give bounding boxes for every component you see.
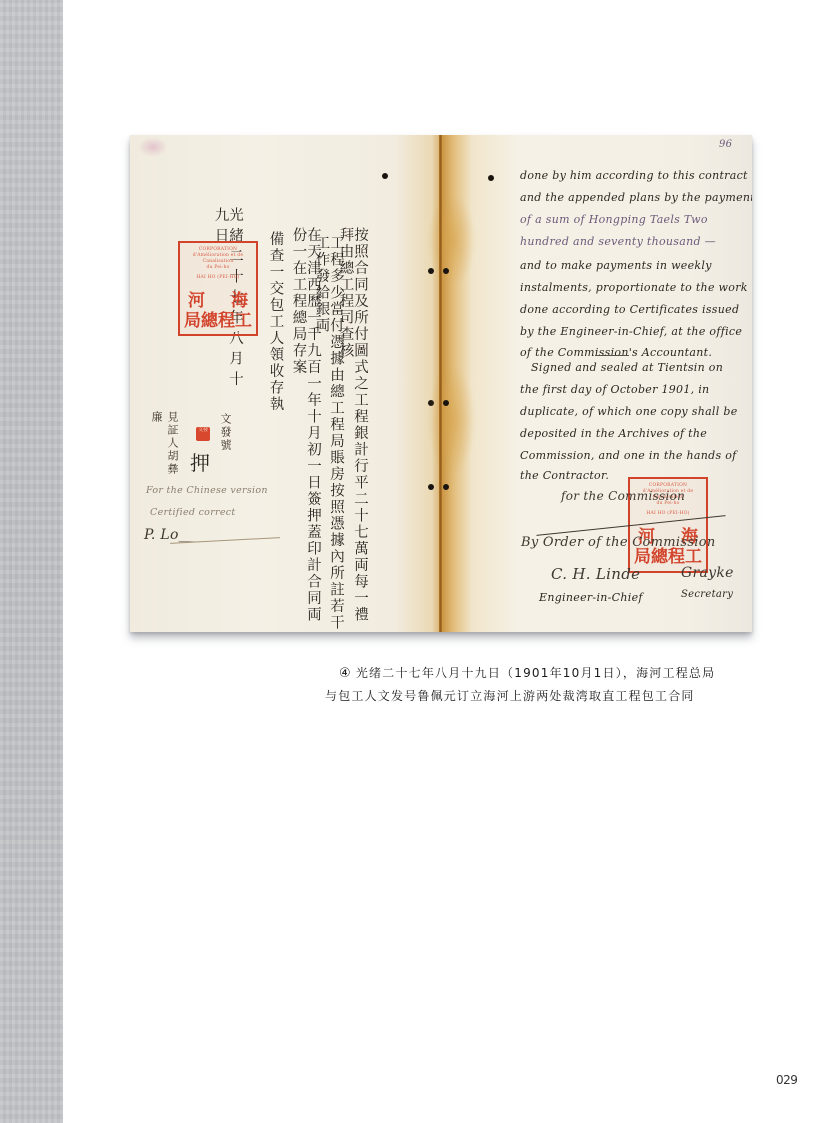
english-note-line1: For the Chinese version bbox=[146, 485, 268, 496]
seal-text-line: d'Amélioration et de Canalisation bbox=[180, 253, 256, 265]
seal-char: 總 bbox=[651, 547, 668, 567]
contract-line: and the appended plans by the payment bbox=[520, 191, 752, 204]
figure-caption: ④光绪二十七年八月十九日（1901年10月1日），海河工程总局 与包工人文发号鲁… bbox=[339, 662, 759, 708]
seal-char: 工 bbox=[235, 311, 252, 331]
contract-photograph: 按照合同及所付圖式之工程銀計行平二十七萬両每一禮拜由總工程司查核 工程多少當付憑… bbox=[130, 135, 752, 632]
chinese-column-3: 在天津西歷一千九百一年十月初一日簽押蓋印計合同両份一在工程總局存案 bbox=[291, 227, 320, 632]
seal-chars-bottom: 局 總 程 工 bbox=[180, 311, 256, 331]
seal-char: 局 bbox=[634, 547, 651, 567]
seal-text-line: du Pei-ho bbox=[180, 265, 256, 271]
seal-char: 工 bbox=[685, 547, 702, 567]
seal-text-line: HAI HO (PEI-HO) bbox=[630, 511, 706, 517]
contract-line: of the Commission's Accountant. bbox=[520, 346, 712, 359]
caption-line-1: ④光绪二十七年八月十九日（1901年10月1日），海河工程总局 bbox=[339, 662, 759, 685]
contract-line: by the Engineer-in-Chief, at the office bbox=[520, 325, 742, 338]
binding-hole bbox=[443, 268, 449, 274]
signed-line: deposited in the Archives of the bbox=[520, 427, 707, 440]
seal-char: 總 bbox=[201, 311, 218, 331]
binding-hole bbox=[428, 484, 434, 490]
english-note-line2: Certified correct bbox=[150, 507, 236, 518]
by-order-line: By Order of the Commission bbox=[521, 535, 716, 550]
binding-hole bbox=[443, 400, 449, 406]
chinese-column-4: 備查一交包工人領收存執 bbox=[268, 231, 283, 431]
contract-line: instalments, proportionate to the work bbox=[520, 281, 748, 294]
caption-text-1: 光绪二十七年八月十九日（1901年10月1日），海河工程总局 bbox=[356, 666, 715, 680]
engineer-signature: C. H. Linde bbox=[551, 565, 640, 583]
signature-for-commission: for the Commission bbox=[561, 489, 685, 503]
section-divider bbox=[595, 355, 629, 356]
seal-char: 局 bbox=[184, 311, 201, 331]
seal-char: 程 bbox=[668, 547, 685, 567]
seal-char: 海 bbox=[231, 291, 248, 311]
signed-line: duplicate, of which one copy shall be bbox=[520, 405, 738, 418]
signed-line: the first day of October 1901, in bbox=[520, 383, 709, 396]
contract-line: done by him according to this contract bbox=[520, 169, 748, 182]
contract-line: hundred and seventy thousand — bbox=[520, 235, 716, 248]
seal-chars-top: 河 海 bbox=[180, 291, 256, 311]
binding-hole bbox=[488, 175, 494, 181]
signed-line: the Contractor. bbox=[520, 469, 609, 482]
ink-smudge bbox=[138, 137, 168, 157]
contractor-small-seal: 文發 bbox=[196, 427, 210, 441]
book-binding-fold bbox=[439, 135, 442, 632]
contractor-name: 文發號 bbox=[217, 413, 233, 463]
seal-char: 河 bbox=[188, 291, 205, 311]
page-number: 029 bbox=[776, 1073, 797, 1087]
binding-hole bbox=[443, 484, 449, 490]
water-stain bbox=[427, 195, 477, 285]
caption-line-2: 与包工人文发号鲁佩元订立海河上游两处裁湾取直工程包工合同 bbox=[325, 685, 759, 708]
secretary-signature: Grayke bbox=[681, 565, 734, 581]
contractor-mark: 押 bbox=[190, 447, 210, 476]
seal-chars-bottom: 局 總 程 工 bbox=[630, 547, 706, 567]
english-note-signature: P. Lo___ bbox=[144, 527, 201, 543]
contract-line: of a sum of Hongping Taels Two bbox=[520, 213, 708, 226]
secretary-title: Secretary bbox=[681, 589, 733, 600]
witness-name: 見証人胡彝廉 bbox=[148, 411, 180, 481]
contract-line: done according to Certificates issued bbox=[520, 303, 739, 316]
contract-line: and to make payments in weekly bbox=[520, 259, 712, 272]
decorative-side-strip bbox=[0, 0, 63, 1123]
water-stain bbox=[427, 365, 477, 475]
seal-char: 程 bbox=[218, 311, 235, 331]
page-mark: 96 bbox=[719, 139, 732, 150]
right-page-english: 96 done by him according to this contrac… bbox=[441, 135, 752, 632]
signed-line: Commission, and one in the hands of bbox=[520, 449, 737, 462]
signed-line: Signed and sealed at Tientsin on bbox=[531, 361, 723, 374]
caption-number: ④ bbox=[339, 666, 352, 681]
haihe-conservancy-seal-left: CORPORATION d'Amélioration et de Canalis… bbox=[178, 241, 258, 336]
left-page-chinese: 按照合同及所付圖式之工程銀計行平二十七萬両每一禮拜由總工程司查核 工程多少當付憑… bbox=[130, 135, 441, 632]
seal-text-line: HAI HO (PEI-HO) bbox=[180, 275, 256, 281]
engineer-title: Engineer-in-Chief bbox=[539, 591, 643, 604]
binding-hole bbox=[382, 173, 388, 179]
